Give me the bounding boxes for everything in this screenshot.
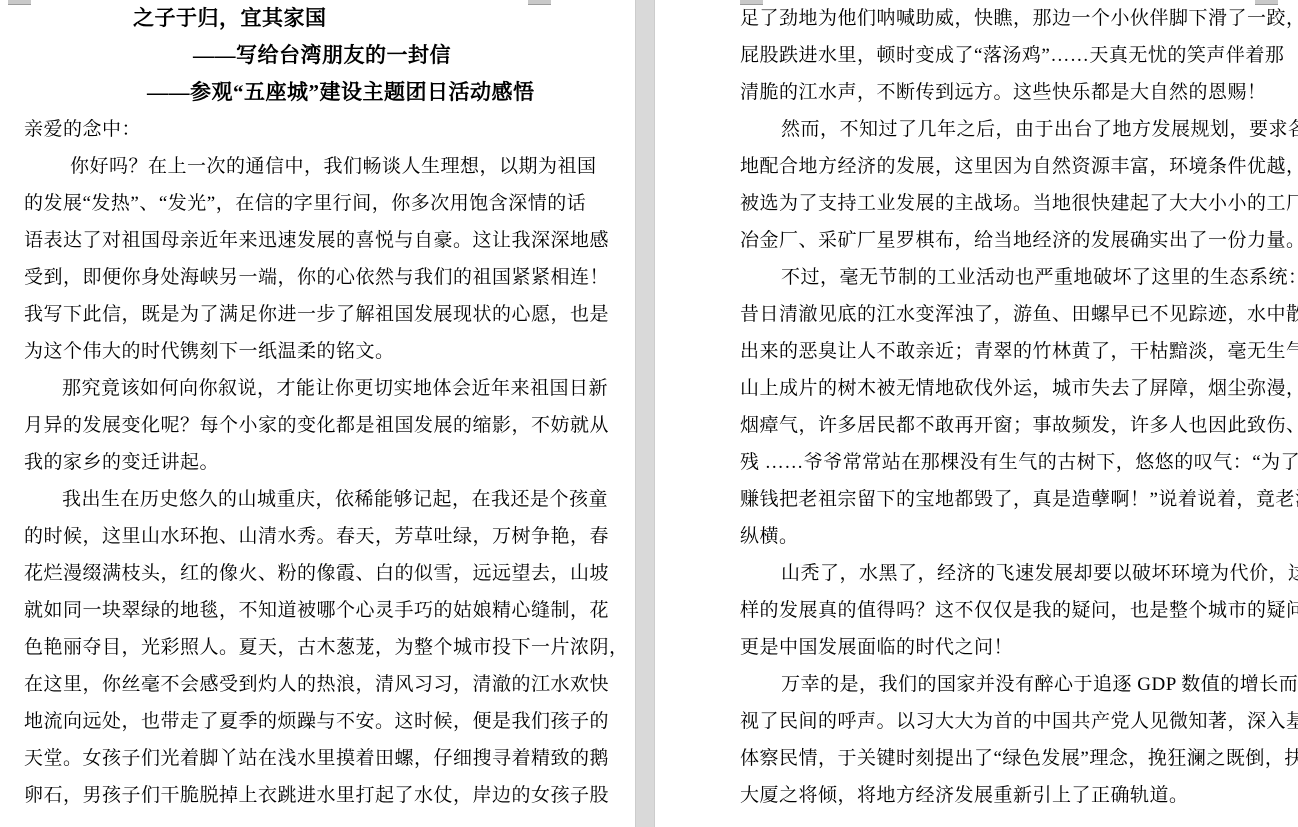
text-line: 语表达了对祖国母亲近年来迅速发展的喜悦与自豪。这让我深深地感 [24,222,609,259]
text-line: 视了民间的呼声。以习大大为首的中国共产党人见微知著，深入基层 [740,703,1298,740]
text-line: 更是中国发展面临的时代之问！ [740,629,1013,666]
text-line: 万幸的是，我们的国家并没有醉心于追逐 GDP 数值的增长而忽 [781,666,1298,703]
text-line: 然而，不知过了几年之后，由于出台了地方发展规划，要求各 [781,111,1298,148]
text-line: 残 ……爷爷常常站在那棵没有生气的古树下，悠悠的叹气：“为了 [740,444,1298,481]
text-line: 地配合地方经济的发展，这里因为自然资源丰富，环境条件优越，而 [740,148,1298,185]
text-line: 烟瘴气，许多居民都不敢再开窗；事故频发，许多人也因此致伤、致 [740,407,1298,444]
page-edge-marker [8,0,31,5]
page-right[interactable]: 足了劲地为他们呐喊助威，快瞧，那边一个小伙伴脚下滑了一跤，一屁股跌进水里，顿时变… [655,0,1298,827]
text-line: 足了劲地为他们呐喊助威，快瞧，那边一个小伙伴脚下滑了一跤，一 [740,0,1298,37]
text-line: 出来的恶臭让人不敢亲近；青翠的竹林黄了，干枯黯淡，毫无生气； [740,333,1298,370]
page-gap [635,0,655,827]
text-line: 亲爱的念中： [24,111,141,148]
text-line: 卵石，男孩子们干脆脱掉上衣跳进水里打起了水仗，岸边的女孩子股 [24,777,609,814]
page-left[interactable]: 之子于归，宜其家国——写给台湾朋友的一封信——参观“五座城”建设主题团日活动感悟… [0,0,635,827]
text-line: 体察民情，于关键时刻提出了“绿色发展”理念，挽狂澜之既倒，扶 [740,740,1298,777]
document-view: 之子于归，宜其家国——写给台湾朋友的一封信——参观“五座城”建设主题团日活动感悟… [0,0,1298,827]
text-line: 被选为了支持工业发展的主战场。当地很快建起了大大小小的工厂， [740,185,1298,222]
page-edge-marker [740,0,763,5]
text-line: 不过，毫无节制的工业活动也严重地破坏了这里的生态系统： [781,259,1298,296]
text-line: 的时候，这里山水环抱、山清水秀。春天，芳草吐绿，万树争艳，春 [24,518,609,555]
page-edge-marker [528,0,551,5]
text-line: 我出生在历史悠久的山城重庆，依稀能够记起，在我还是个孩童 [62,481,608,518]
text-line: 的发展“发热”、“发光”，在信的字里行间，你多次用饱含深情的话 [24,185,586,222]
text-line: 我写下此信，既是为了满足你进一步了解祖国发展现状的心愿，也是 [24,296,609,333]
text-line: 我的家乡的变迁讲起。 [24,444,219,481]
page-edge-marker [1255,0,1278,5]
text-line: 你好吗？在上一次的通信中，我们畅谈人生理想，以期为祖国 [70,148,597,185]
text-line: 地流向远处，也带走了夏季的烦躁与不安。这时候，便是我们孩子的 [24,703,609,740]
text-line: 清脆的江水声，不断传到远方。这些快乐都是大自然的恩赐！ [740,74,1267,111]
text-line: 山秃了，水黑了，经济的飞速发展却要以破坏环境为代价，这 [781,555,1298,592]
text-line: 山上成片的树木被无情地砍伐外运，城市失去了屏障，烟尘弥漫，乌 [740,370,1298,407]
text-line: 冶金厂、采矿厂星罗棋布，给当地经济的发展确实出了一份力量。 [740,222,1298,259]
title-line: 之子于归，宜其家国 [133,0,327,37]
text-line: 为这个伟大的时代镌刻下一纸温柔的铭文。 [24,333,395,370]
text-line: 样的发展真的值得吗？这不仅仅是我的疑问，也是整个城市的疑问， [740,592,1298,629]
text-line: 在这里，你丝毫不会感受到灼人的热浪，清风习习，清澈的江水欢快 [24,666,609,703]
text-line: 就如同一块翠绿的地毯，不知道被哪个心灵手巧的姑娘精心缝制，花 [24,592,609,629]
text-line: 那究竟该如何向你叙说，才能让你更切实地体会近年来祖国日新 [62,370,608,407]
title-line: ——写给台湾朋友的一封信 [193,37,451,74]
text-line: 受到，即便你身处海峡另一端，你的心依然与我们的祖国紧紧相连！ [24,259,609,296]
text-line: 天堂。女孩子们光着脚丫站在浅水里摸着田螺，仔细搜寻着精致的鹅 [24,740,609,777]
text-line: 月异的发展变化呢？每个小家的变化都是祖国发展的缩影，不妨就从 [24,407,609,444]
text-line: 昔日清澈见底的江水变浑浊了，游鱼、田螺早已不见踪迹，水中散发 [740,296,1298,333]
title-line: ——参观“五座城”建设主题团日活动感悟 [147,74,535,111]
text-line: 大厦之将倾，将地方经济发展重新引上了正确轨道。 [740,777,1189,814]
text-line: 纵横。 [740,518,799,555]
text-line: 花烂漫缀满枝头，红的像火、粉的像霞、白的似雪，远远望去，山坡 [24,555,609,592]
text-line: 赚钱把老祖宗留下的宝地都毁了，真是造孽啊！”说着说着，竟老泪 [740,481,1298,518]
text-line: 屁股跌进水里，顿时变成了“落汤鸡”……天真无忧的笑声伴着那 [740,37,1284,74]
text-line: 色艳丽夺目，光彩照人。夏天，古木葱茏，为整个城市投下一片浓阴， [24,629,629,666]
